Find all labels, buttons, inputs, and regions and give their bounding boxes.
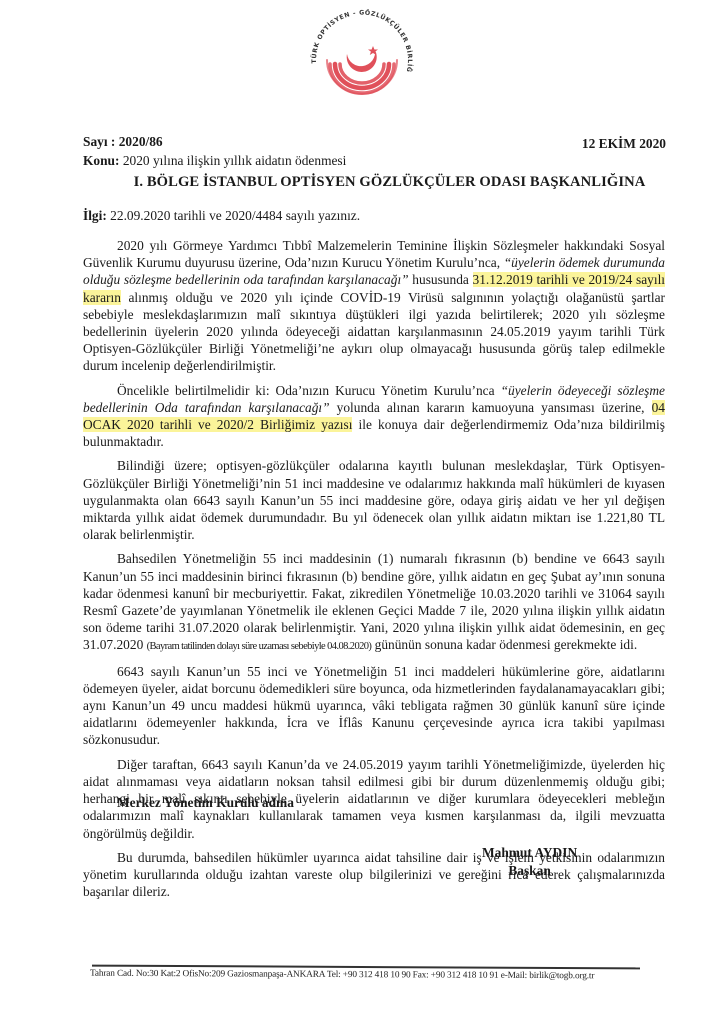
letter-meta: Sayı : 2020/86 Konu: 2020 yılına ilişkin… — [83, 132, 346, 170]
organization-logo: TÜRK OPTİSYEN - GÖZLÜKÇÜLER BİRLİĞİ — [303, 8, 421, 108]
paragraph-1-text-b: hususunda — [409, 272, 473, 287]
reference-label: Sayı : — [83, 134, 115, 149]
letter-date: 12 EKİM 2020 — [582, 136, 666, 152]
paragraph-3: Bilindiği üzere; optisyen-gözlükçüler od… — [83, 457, 665, 543]
paragraph-1: 2020 yılı Görmeye Yardımcı Tıbbî Malzeme… — [83, 237, 665, 375]
addressee-heading: I. BÖLGE İSTANBUL OPTİSYEN GÖZLÜKÇÜLER O… — [0, 174, 724, 191]
closing-line: Merkez Yönetim Kurulu adına — [117, 795, 294, 811]
reference-line: İlgi: 22.09.2020 tarihli ve 2020/4484 sa… — [83, 208, 360, 224]
signature-block: Mahmut AYDIN Başkan — [482, 844, 577, 880]
reference-value: 2020/86 — [119, 134, 163, 149]
paragraph-4: Bahsedilen Yönetmeliğin 55 inci maddesin… — [83, 550, 665, 655]
signer-title: Başkan — [482, 862, 577, 880]
paragraph-4-text-b: gününün sonuna kadar ödenmesi gerekmekte… — [371, 637, 637, 652]
paragraph-2-text-b: yolunda alınan kararın kamuoyuna yansıma… — [330, 400, 652, 415]
reference-line-label: İlgi: — [83, 208, 107, 223]
svg-text:TÜRK OPTİSYEN - GÖZLÜKÇÜLER Bİ: TÜRK OPTİSYEN - GÖZLÜKÇÜLER BİRLİĞİ — [303, 8, 415, 73]
signer-name: Mahmut AYDIN — [482, 844, 577, 862]
paragraph-1-text-c: alınmış olduğu ve 2020 yılı içinde COVİD… — [83, 290, 665, 374]
subject-value: 2020 yılına ilişkin yıllık aidatın ödenm… — [123, 153, 347, 168]
subject: Konu: 2020 yılına ilişkin yıllık aidatın… — [83, 151, 346, 170]
logo-arc-text: TÜRK OPTİSYEN - GÖZLÜKÇÜLER BİRLİĞİ — [303, 8, 415, 73]
paragraph-2-text: Öncelikle belirtilmelidir ki: Oda’nızın … — [117, 383, 501, 398]
subject-label: Konu: — [83, 153, 119, 168]
paragraph-2: Öncelikle belirtilmelidir ki: Oda’nızın … — [83, 382, 665, 451]
crescent-star-logo-icon: TÜRK OPTİSYEN - GÖZLÜKÇÜLER BİRLİĞİ — [303, 8, 421, 108]
reference-line-value: 22.09.2020 tarihli ve 2020/4484 sayılı y… — [110, 208, 360, 223]
paragraph-4-note: (Bayram tatilinden dolayı süre uzaması s… — [147, 641, 372, 652]
footer-contact: Tahran Cad. No:30 Kat:2 OfisNo:209 Gazio… — [90, 969, 594, 982]
paragraph-7: Bu durumda, bahsedilen hükümler uyarınca… — [83, 849, 665, 901]
paragraph-5: 6643 sayılı Kanun’un 55 inci ve Yönetmel… — [83, 663, 665, 749]
reference-number: Sayı : 2020/86 — [83, 132, 346, 151]
